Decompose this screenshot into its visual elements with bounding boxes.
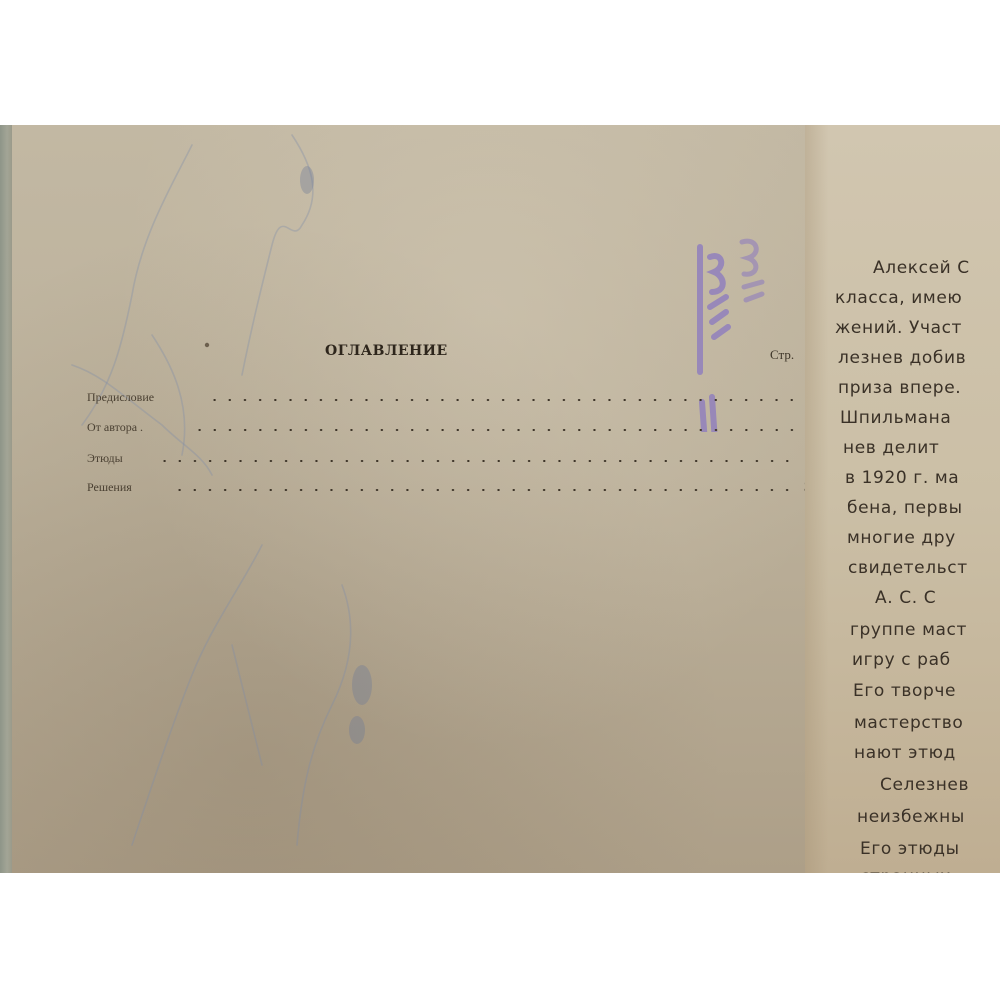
text-line: мастерство [854,713,963,733]
toc-entry-label: От автора . [87,420,143,435]
dot-leader [172,489,795,491]
left-page: ОГЛАВЛЕНИЕ Стр. Предисловие 3 От автора … [12,125,807,873]
text-line: игру с раб [852,650,951,670]
text-line: Его творче [853,681,956,701]
text-line: Его этюды [860,839,960,859]
text-line: Шпильмана [840,408,951,428]
text-line: группе маст [850,620,967,640]
text-line: в 1920 г. ма [845,468,959,488]
toc-entry: От автора . 5 [87,420,817,440]
text-line: А. С. С [875,588,936,608]
text-line: жений. Участ [835,318,962,338]
text-line: приза впере. [838,378,961,398]
text-line: бена, первы [847,498,963,518]
table-of-contents: ОГЛАВЛЕНИЕ Стр. Предисловие 3 От автора … [87,125,827,873]
dot-leader [207,399,795,401]
dot-leader [157,460,795,462]
toc-entry-label: Решения [87,480,132,495]
text-line: класса, имею [835,288,962,308]
toc-page-column-label: Стр. [770,347,794,363]
text-line: нев делит [843,438,939,458]
text-line: неизбежны [857,807,965,827]
text-line: Селезнев [880,775,969,795]
toc-entry-label: Предисловие [87,390,154,405]
toc-entry: Этюды 7 [87,451,817,471]
text-line: многие дру [847,528,956,548]
right-page-body-text: Алексей С класса, имею жений. Участ лезн… [805,125,1000,873]
text-line: лезнев добив [838,348,966,368]
text-line: странных [860,867,951,873]
text-line: нают этюд [854,743,956,763]
text-line: свидетельст [848,558,968,578]
toc-entry: Предисловие 3 [87,390,817,410]
text-line: Алексей С [873,258,970,278]
toc-entry: Решения 32 [87,480,817,500]
toc-title: ОГЛАВЛЕНИЕ [325,343,448,359]
dot-leader [192,429,795,431]
book-cover-edge [0,125,12,873]
right-page: Алексей С класса, имею жений. Участ лезн… [805,125,1000,873]
book-spread-photo: ОГЛАВЛЕНИЕ Стр. Предисловие 3 От автора … [0,125,1000,873]
toc-entry-label: Этюды [87,451,123,466]
